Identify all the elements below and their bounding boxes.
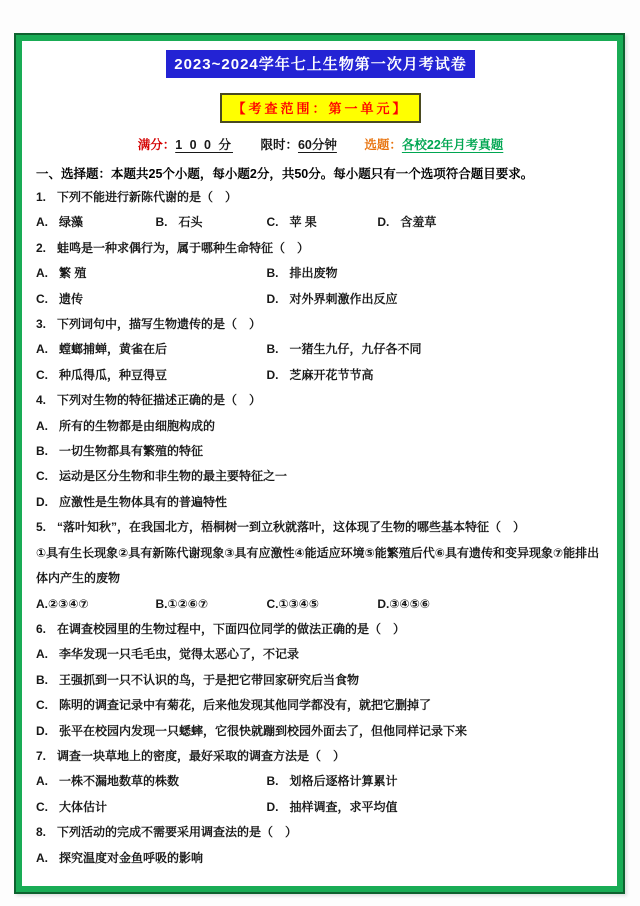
option: A.螳螂捕蝉，黄雀在后 [36,337,266,362]
option-text: 一株不漏地数草的株数 [59,774,179,788]
option: A.绿藻 [36,210,155,235]
option: C.①③④⑤ [266,592,377,617]
question: 2.蛙鸣是一种求偶行为，属于哪种生命特征（ ）A.繁 殖B.排出废物C.遗传D.… [36,236,605,312]
question: 5.“落叶知秋”，在我国北方，梧桐树一到立秋就落叶，这体现了生物的哪些基本特征（… [36,515,605,617]
exam-paper-border: 2023~2024学年七上生物第一次月考试卷 【考查范围：第一单元】 满分：1 … [16,35,623,892]
option: B.石头 [155,210,266,235]
option-text: ①③④⑤ [278,597,319,611]
question-list: 1.下列不能进行新陈代谢的是（ ）A.绿藻B.石头C.苹 果D.含羞草2.蛙鸣是… [36,185,605,871]
question-stem: 5.“落叶知秋”，在我国北方，梧桐树一到立秋就落叶，这体现了生物的哪些基本特征（… [36,515,605,540]
option-text: 石头 [178,215,202,229]
option-text: 陈明的调查记录中有菊花，后来他发现其他同学都没有，就把它删掉了 [59,698,431,712]
option-label: B. [266,774,278,788]
option-text: 抽样调查，求平均值 [289,800,397,814]
option: D.芝麻开花节节高 [266,363,605,388]
option: B.排出废物 [266,261,605,286]
option-text: 螳螂捕蝉，黄雀在后 [59,342,167,356]
question-stem: 1.下列不能进行新陈代谢的是（ ） [36,185,605,210]
question-number: 7. [36,749,46,763]
option-text: ③④⑤⑥ [389,597,430,611]
time-limit-label: 限时： [260,138,298,152]
question-stem: 8.下列活动的完成不需要采用调查法的是（ ） [36,820,605,845]
option-label: C. [36,698,48,712]
option-label: A. [36,342,48,356]
option-label: D. [266,368,278,382]
option: D.③④⑤⑥ [377,592,605,617]
question-stem: 6.在调查校园里的生物过程中，下面四位同学的做法正确的是（ ） [36,617,605,642]
question-text: 蛙鸣是一种求偶行为，属于哪种生命特征（ ） [57,241,309,255]
option: A.李华发现一只毛毛虫，觉得太恶心了，不记录 [36,642,605,667]
question-number: 5. [36,520,46,534]
option-text: 应激性是生物体具有的普遍特性 [59,495,227,509]
option-label: D. [377,597,389,611]
option-grid: A.②③④⑦B.①②⑥⑦C.①③④⑤D.③④⑤⑥ [36,592,605,617]
option-text: 芝麻开花节节高 [289,368,373,382]
question-text: 在调查校园里的生物过程中，下面四位同学的做法正确的是（ ） [57,622,405,636]
question: 1.下列不能进行新陈代谢的是（ ）A.绿藻B.石头C.苹 果D.含羞草 [36,185,605,236]
option-label: D. [36,724,48,738]
question-number: 2. [36,241,46,255]
question-text: 调查一块草地上的密度，最好采取的调查方法是（ ） [57,749,345,763]
option-text: 遗传 [59,292,83,306]
question-text: 下列对生物的特征描述正确的是（ ） [57,393,261,407]
exam-meta: 满分：1 0 0 分 限时：60分钟 选题：各校22年月考真题 [36,135,605,153]
exam-title: 2023~2024学年七上生物第一次月考试卷 [166,50,475,78]
option-label: A. [36,266,48,280]
option: C.种瓜得瓜，种豆得豆 [36,363,266,388]
option: B.一猪生九仔，九仔各不同 [266,337,605,362]
option: D.应激性是生物体具有的普遍特性 [36,490,605,515]
question-number: 4. [36,393,46,407]
option-text: 含羞草 [400,215,436,229]
source-value: 各校22年月考真题 [402,138,503,152]
option-grid: A.繁 殖B.排出废物C.遗传D.对外界刺激作出反应 [36,261,605,312]
option-grid: A.一株不漏地数草的株数B.划格后逐格计算累计C.大体估计D.抽样调查，求平均值 [36,769,605,820]
question-text: 下列不能进行新陈代谢的是（ ） [57,190,237,204]
source-group: 选题：各校22年月考真题 [364,138,503,152]
option: A.繁 殖 [36,261,266,286]
option-text: 一切生物都具有繁殖的特征 [59,444,203,458]
option-text: 繁 殖 [59,266,86,280]
option: D.对外界刺激作出反应 [266,287,605,312]
score-value: 1 0 0 分 [175,138,233,152]
option: A.探究温度对金鱼呼吸的影响 [36,846,605,871]
option-text: ②③④⑦ [48,597,89,611]
option: C.运动是区分生物和非生物的最主要特征之一 [36,464,605,489]
option-label: B. [266,266,278,280]
question-text: 下列词句中，描写生物遗传的是（ ） [57,317,261,331]
option-label: B. [155,597,167,611]
question-stem: 7.调查一块草地上的密度，最好采取的调查方法是（ ） [36,744,605,769]
option-label: C. [36,368,48,382]
option: B.划格后逐格计算累计 [266,769,605,794]
option-label: A. [36,597,48,611]
option-label: C. [36,292,48,306]
option-text: 排出废物 [289,266,337,280]
question-stem: 3.下列词句中，描写生物遗传的是（ ） [36,312,605,337]
option: A.所有的生物都是由细胞构成的 [36,414,605,439]
question: 7.调查一块草地上的密度，最好采取的调查方法是（ ）A.一株不漏地数草的株数B.… [36,744,605,820]
option-label: C. [36,800,48,814]
option-label: C. [266,215,278,229]
option-text: 种瓜得瓜，种豆得豆 [59,368,167,382]
score-group: 满分：1 0 0 分 [138,138,233,152]
section-heading: 一、选择题：本题共25个小题，每小题2分，共50分。每小题只有一个选项符合题目要… [36,164,605,182]
option-label: D. [266,800,278,814]
option-grid: A.螳螂捕蝉，黄雀在后B.一猪生九仔，九仔各不同C.种瓜得瓜，种豆得豆D.芝麻开… [36,337,605,388]
option: A.一株不漏地数草的株数 [36,769,266,794]
time-group: 限时：60分钟 [260,138,336,152]
option-label: A. [36,647,48,661]
option-text: 李华发现一只毛毛虫，觉得太恶心了，不记录 [59,647,299,661]
question: 8.下列活动的完成不需要采用调查法的是（ ）A.探究温度对金鱼呼吸的影响 [36,820,605,871]
option-label: D. [377,215,389,229]
option: C.陈明的调查记录中有菊花，后来他发现其他同学都没有，就把它删掉了 [36,693,605,718]
option-label: B. [155,215,167,229]
option: C.遗传 [36,287,266,312]
option-label: A. [36,419,48,433]
option-grid: A.所有的生物都是由细胞构成的B.一切生物都具有繁殖的特征C.运动是区分生物和非… [36,414,605,516]
question-number: 3. [36,317,46,331]
option-text: 绿藻 [59,215,83,229]
question-number: 6. [36,622,46,636]
exam-scope-box: 【考查范围：第一单元】 [220,93,420,123]
option-text: 一猪生九仔，九仔各不同 [289,342,421,356]
question-number: 8. [36,825,46,839]
option-text: 运动是区分生物和非生物的最主要特征之一 [59,469,287,483]
option: D.张平在校园内发现一只蟋蟀，它很快就蹦到校园外面去了，但他同样记录下来 [36,719,605,744]
option-label: B. [266,342,278,356]
option: D.抽样调查，求平均值 [266,795,605,820]
question-text: 下列活动的完成不需要采用调查法的是（ ） [57,825,297,839]
option-text: 大体估计 [59,800,107,814]
time-limit-value: 60分钟 [298,138,337,152]
question-text: “落叶知秋”，在我国北方，梧桐树一到立秋就落叶，这体现了生物的哪些基本特征（ ） [57,520,525,534]
option-text: 对外界刺激作出反应 [289,292,397,306]
question-stem: 4.下列对生物的特征描述正确的是（ ） [36,388,605,413]
option-text: 苹 果 [289,215,316,229]
option-text: 王强抓到一只不认识的鸟，于是把它带回家研究后当食物 [59,673,359,687]
question: 3.下列词句中，描写生物遗传的是（ ）A.螳螂捕蝉，黄雀在后B.一猪生九仔，九仔… [36,312,605,388]
question-stem: 2.蛙鸣是一种求偶行为，属于哪种生命特征（ ） [36,236,605,261]
exam-paper: 2023~2024学年七上生物第一次月考试卷 【考查范围：第一单元】 满分：1 … [22,41,617,886]
option-text: 划格后逐格计算累计 [289,774,397,788]
option: B.王强抓到一只不认识的鸟，于是把它带回家研究后当食物 [36,668,605,693]
option-text: 张平在校园内发现一只蟋蟀，它很快就蹦到校园外面去了，但他同样记录下来 [59,724,467,738]
question-number: 1. [36,190,46,204]
option-label: A. [36,215,48,229]
question-note: ①具有生长现象②具有新陈代谢现象③具有应激性④能适应环境⑤能繁殖后代⑥具有遗传和… [36,541,605,592]
option: B.一切生物都具有繁殖的特征 [36,439,605,464]
option-label: C. [266,597,278,611]
option-label: C. [36,469,48,483]
question: 4.下列对生物的特征描述正确的是（ ）A.所有的生物都是由细胞构成的B.一切生物… [36,388,605,515]
score-label: 满分： [138,138,176,152]
option: B.①②⑥⑦ [155,592,266,617]
option-label: A. [36,774,48,788]
option-label: D. [36,495,48,509]
option-grid: A.绿藻B.石头C.苹 果D.含羞草 [36,210,605,235]
exam-paper-frame: 2023~2024学年七上生物第一次月考试卷 【考查范围：第一单元】 满分：1 … [14,33,625,894]
option-label: D. [266,292,278,306]
option-grid: A.李华发现一只毛毛虫，觉得太恶心了，不记录B.王强抓到一只不认识的鸟，于是把它… [36,642,605,744]
title-row: 2023~2024学年七上生物第一次月考试卷 [36,50,605,78]
option-text: 探究温度对金鱼呼吸的影响 [59,851,203,865]
option-text: 所有的生物都是由细胞构成的 [59,419,215,433]
option: C.大体估计 [36,795,266,820]
option-grid: A.探究温度对金鱼呼吸的影响 [36,846,605,871]
source-label: 选题： [364,138,402,152]
question: 6.在调查校园里的生物过程中，下面四位同学的做法正确的是（ ）A.李华发现一只毛… [36,617,605,744]
option: D.含羞草 [377,210,605,235]
option-label: B. [36,673,48,687]
option-label: A. [36,851,48,865]
option: A.②③④⑦ [36,592,155,617]
option: C.苹 果 [266,210,377,235]
option-text: ①②⑥⑦ [167,597,208,611]
scope-row: 【考查范围：第一单元】 [36,93,605,123]
option-label: B. [36,444,48,458]
